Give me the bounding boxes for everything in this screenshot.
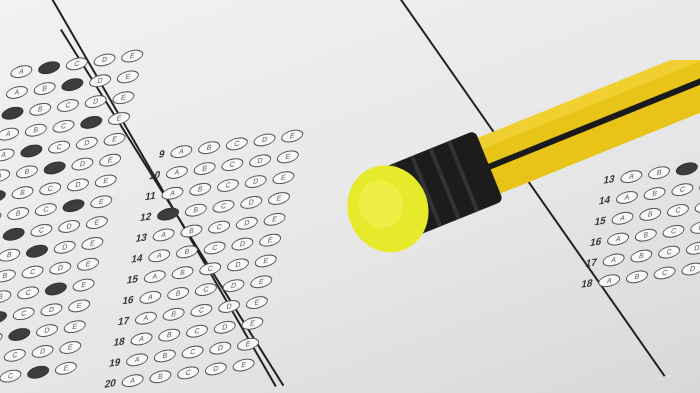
answer-bubble[interactable]: B bbox=[175, 244, 199, 260]
answer-bubble[interactable]: E bbox=[80, 236, 104, 252]
answer-bubble[interactable]: D bbox=[52, 240, 76, 256]
answer-bubble[interactable]: C bbox=[189, 303, 213, 319]
answer-bubble[interactable]: B bbox=[6, 206, 30, 222]
answer-bubble[interactable]: A bbox=[143, 269, 167, 285]
answer-bubble[interactable]: B bbox=[1, 227, 25, 243]
answer-bubble[interactable]: B bbox=[24, 122, 48, 138]
answer-bubble[interactable]: E bbox=[280, 128, 304, 144]
answer-bubble[interactable]: C bbox=[225, 136, 249, 152]
answer-bubble[interactable]: E bbox=[102, 132, 126, 148]
answer-bubble[interactable]: A bbox=[0, 210, 3, 226]
answer-bubble[interactable]: A bbox=[597, 273, 621, 289]
answer-bubble[interactable]: E bbox=[71, 277, 95, 293]
question-number: 19 bbox=[103, 356, 121, 370]
answer-bubble[interactable]: A bbox=[0, 189, 7, 205]
answer-bubble[interactable]: B bbox=[153, 348, 177, 364]
answer-bubble[interactable]: C bbox=[47, 139, 71, 155]
answer-bubble[interactable]: D bbox=[680, 261, 700, 277]
answer-bubble[interactable]: A bbox=[129, 331, 153, 347]
answer-bubble[interactable]: B bbox=[148, 369, 172, 385]
question-number: 16 bbox=[116, 294, 134, 308]
answer-bubble[interactable]: A bbox=[169, 144, 193, 160]
answer-bubble[interactable]: E bbox=[271, 170, 295, 186]
answer-bubble[interactable]: D bbox=[243, 174, 267, 190]
answer-bubble[interactable]: C bbox=[194, 282, 218, 298]
answer-bubble[interactable]: C bbox=[51, 119, 75, 135]
answer-bubble[interactable]: B bbox=[0, 310, 8, 326]
answer-bubble[interactable]: D bbox=[230, 236, 254, 252]
answer-bubble[interactable]: A bbox=[151, 227, 175, 243]
answer-bubble[interactable]: C bbox=[25, 243, 49, 259]
question-number: 18 bbox=[108, 336, 126, 350]
answer-bubble[interactable]: B bbox=[0, 247, 21, 263]
answer-bubble[interactable]: A bbox=[5, 85, 29, 101]
answer-bubble[interactable]: E bbox=[120, 48, 144, 64]
answer-bubble[interactable]: B bbox=[0, 331, 4, 347]
answer-bubble[interactable]: E bbox=[107, 111, 131, 127]
answer-bubble[interactable]: B bbox=[0, 289, 13, 305]
answer-bubble[interactable]: C bbox=[29, 223, 53, 239]
answer-bubble[interactable]: C bbox=[20, 264, 44, 280]
answer-bubble[interactable]: C bbox=[180, 344, 204, 360]
answer-bubble[interactable]: D bbox=[83, 94, 107, 110]
answer-bubble[interactable]: C bbox=[202, 240, 226, 256]
question-number: 18 bbox=[575, 277, 593, 291]
question-number: 10 bbox=[143, 169, 161, 183]
answer-bubble[interactable]: A bbox=[0, 168, 11, 184]
answer-bubble[interactable]: D bbox=[26, 364, 50, 380]
answer-row: ABCDE bbox=[0, 361, 78, 393]
answer-bubble[interactable]: C bbox=[60, 77, 84, 93]
answer-bubble[interactable]: A bbox=[0, 106, 24, 122]
answer-bubble[interactable]: C bbox=[16, 285, 40, 301]
answer-bubble[interactable]: E bbox=[240, 316, 264, 332]
answer-bubble[interactable]: E bbox=[249, 274, 273, 290]
answer-bubble[interactable]: E bbox=[231, 357, 255, 373]
answer-bubble[interactable]: A bbox=[147, 248, 171, 264]
answer-bubble[interactable]: A bbox=[156, 206, 180, 222]
answer-bubble[interactable]: D bbox=[75, 135, 99, 151]
answer-bubble[interactable]: E bbox=[63, 319, 87, 335]
answer-bubble[interactable]: C bbox=[11, 306, 35, 322]
answer-bubble[interactable]: C bbox=[216, 178, 240, 194]
question-number: 12 bbox=[134, 211, 152, 225]
answer-bubble[interactable]: C bbox=[220, 157, 244, 173]
question-number: 13 bbox=[130, 232, 148, 246]
answer-bubble[interactable]: B bbox=[37, 60, 61, 76]
question-number: 20 bbox=[99, 377, 117, 391]
answer-bubble[interactable]: B bbox=[10, 185, 34, 201]
answer-bubble[interactable]: D bbox=[239, 195, 263, 211]
answer-bubble[interactable]: B bbox=[19, 143, 43, 159]
answer-bubble[interactable]: B bbox=[184, 202, 208, 218]
answer-bubble[interactable]: A bbox=[9, 64, 33, 80]
answer-bubble[interactable]: E bbox=[58, 340, 82, 356]
answer-bubble[interactable]: D bbox=[221, 278, 245, 294]
answer-bubble[interactable]: D bbox=[208, 340, 232, 356]
answer-bubble[interactable]: C bbox=[3, 348, 27, 364]
answer-bubble[interactable]: E bbox=[276, 149, 300, 165]
answer-bubble[interactable]: E bbox=[67, 298, 91, 314]
answer-bubble[interactable]: A bbox=[165, 165, 189, 181]
answer-bubble[interactable]: D bbox=[252, 132, 276, 148]
answer-bubble[interactable]: C bbox=[185, 323, 209, 339]
question-number: 14 bbox=[125, 252, 143, 266]
answer-bubble[interactable]: C bbox=[176, 365, 200, 381]
answer-bubble[interactable]: B bbox=[166, 286, 190, 302]
answer-bubble[interactable]: A bbox=[134, 310, 158, 326]
answer-bubble[interactable]: B bbox=[28, 102, 52, 118]
answer-bubble[interactable]: C bbox=[211, 199, 235, 215]
answer-bubble[interactable]: E bbox=[258, 232, 282, 248]
answer-bubble[interactable]: B bbox=[625, 269, 649, 285]
answer-bubble[interactable]: B bbox=[188, 182, 212, 198]
answer-bubble[interactable]: D bbox=[88, 73, 112, 89]
answer-bubble[interactable]: D bbox=[39, 302, 63, 318]
answer-bubble[interactable]: D bbox=[212, 320, 236, 336]
answer-bubble[interactable]: D bbox=[30, 344, 54, 360]
answer-bubble[interactable]: E bbox=[262, 212, 286, 228]
answer-bubble[interactable]: C bbox=[207, 219, 231, 235]
answer-bubble[interactable]: D bbox=[35, 323, 59, 339]
answer-bubble[interactable]: E bbox=[89, 194, 113, 210]
answer-bubble[interactable]: E bbox=[111, 90, 135, 106]
answer-bubble[interactable]: A bbox=[0, 147, 16, 163]
answer-bubble[interactable]: C bbox=[38, 181, 62, 197]
answer-bubble[interactable]: E bbox=[93, 173, 117, 189]
answer-bubble[interactable]: D bbox=[248, 153, 272, 169]
answer-bubble[interactable]: B bbox=[0, 268, 17, 284]
answer-bubble[interactable]: C bbox=[34, 202, 58, 218]
answer-bubble[interactable]: B bbox=[197, 140, 221, 156]
photo-scene: 9ABCDE10ABCDE11ABCDE12ABCDE13ABCDE14ABCD… bbox=[0, 0, 700, 393]
answer-bubble[interactable]: D bbox=[66, 177, 90, 193]
answer-bubble[interactable]: A bbox=[138, 290, 162, 306]
answer-bubble[interactable]: D bbox=[79, 115, 103, 131]
answer-bubble[interactable]: E bbox=[54, 361, 78, 377]
question-number: 17 bbox=[112, 315, 130, 329]
answer-bubble[interactable]: D bbox=[204, 361, 228, 377]
answer-bubble[interactable]: C bbox=[198, 261, 222, 277]
answer-bubble[interactable]: D bbox=[226, 257, 250, 273]
answer-bubble[interactable]: D bbox=[92, 52, 116, 68]
answer-bubble[interactable]: E bbox=[236, 336, 260, 352]
answer-bubble[interactable]: B bbox=[157, 327, 181, 343]
question-number: 15 bbox=[121, 273, 139, 287]
answer-bubble[interactable]: D bbox=[61, 198, 85, 214]
answer-bubble[interactable]: A bbox=[125, 352, 149, 368]
answer-bubble[interactable]: B bbox=[15, 164, 39, 180]
answer-bubble[interactable]: B bbox=[161, 307, 185, 323]
answer-bubble[interactable]: E bbox=[267, 191, 291, 207]
answer-bubble[interactable]: B bbox=[192, 161, 216, 177]
answer-bubble[interactable]: E bbox=[245, 295, 269, 311]
answer-bubble[interactable]: D bbox=[44, 281, 68, 297]
answer-bubble[interactable]: E bbox=[76, 256, 100, 272]
answer-bubble[interactable]: E bbox=[98, 152, 122, 168]
answer-bubble[interactable]: D bbox=[235, 215, 259, 231]
answer-bubble[interactable]: E bbox=[253, 253, 277, 269]
answer-bubble[interactable]: D bbox=[48, 260, 72, 276]
answer-bubble[interactable]: E bbox=[116, 69, 140, 85]
answer-bubble[interactable]: C bbox=[0, 368, 23, 384]
answer-bubble[interactable]: B bbox=[170, 265, 194, 281]
answer-bubble[interactable]: D bbox=[70, 156, 94, 172]
answer-bubble[interactable]: A bbox=[0, 126, 20, 142]
pencil-icon bbox=[330, 60, 700, 260]
answer-bubble[interactable]: A bbox=[160, 186, 184, 202]
answer-bubble[interactable]: C bbox=[56, 98, 80, 114]
answer-bubble[interactable]: C bbox=[7, 327, 31, 343]
answer-bubble[interactable]: B bbox=[32, 81, 56, 97]
answer-bubble[interactable]: C bbox=[42, 160, 66, 176]
question-number: 11 bbox=[139, 190, 157, 204]
answer-bubble[interactable]: E bbox=[85, 215, 109, 231]
answer-bubble[interactable]: B bbox=[179, 223, 203, 239]
question-number bbox=[0, 74, 5, 76]
answer-bubble[interactable]: D bbox=[57, 219, 81, 235]
answer-bubble[interactable]: A bbox=[120, 373, 144, 389]
answer-bubble[interactable]: C bbox=[652, 265, 676, 281]
question-number: 9 bbox=[147, 148, 165, 162]
